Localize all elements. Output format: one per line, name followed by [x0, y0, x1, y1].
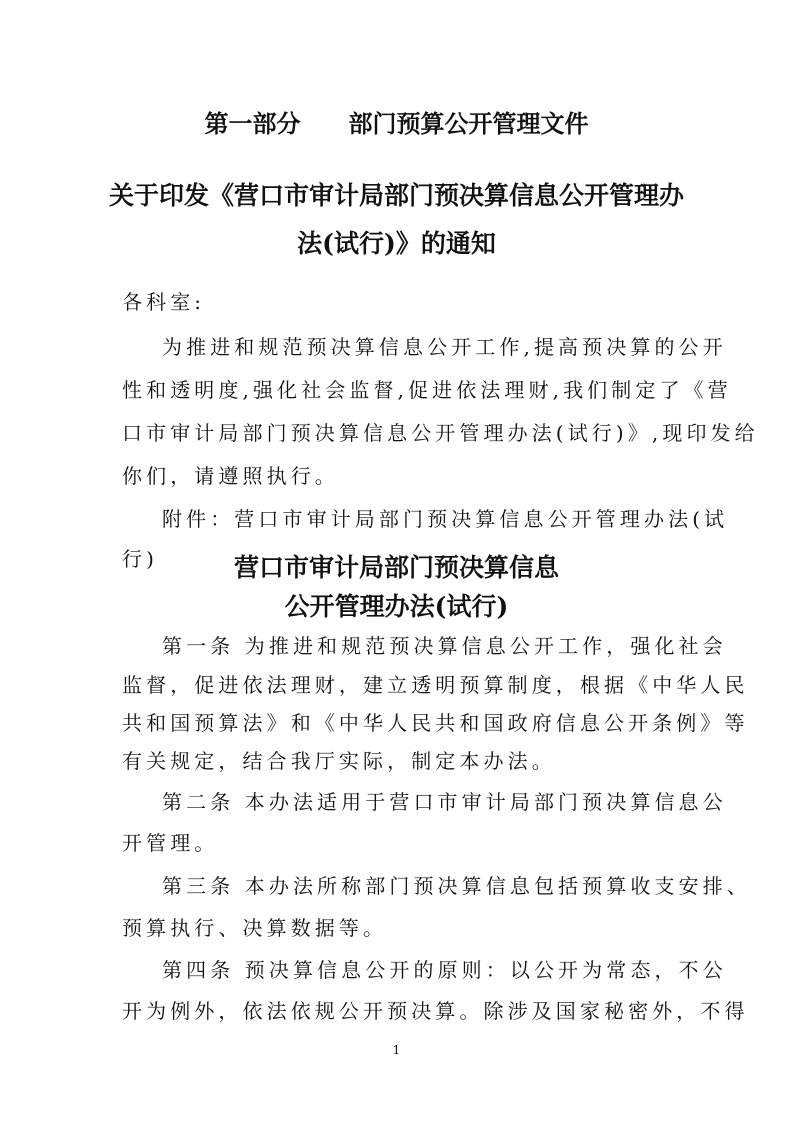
salutation: 各科室: [122, 286, 205, 315]
article-line: 第四条 预决算信息公开的原则：以公开为常态，不公 [162, 954, 727, 983]
article-line: 预算执行、决算数据等。 [122, 912, 387, 941]
part-heading: 第一部分 部门预算公开管理文件 [0, 104, 793, 139]
article-line: 开管理。 [122, 827, 218, 856]
article-line: 共和国预算法》和《中华人民共和国政府信息公开条例》等 [122, 707, 749, 736]
notice-title-line: 法(试行)》的通知 [0, 224, 793, 260]
notice-title-line: 关于印发《营口市审计局部门预决算信息公开管理办 [0, 176, 793, 212]
attachment-line: 附件：营口市审计局部门预决算信息公开管理办法(试 [162, 503, 728, 532]
page-number: 1 [0, 1043, 793, 1057]
article-line: 第二条 本办法适用于营口市审计局部门预决算信息公 [162, 786, 727, 815]
paragraph-line: 口市审计局部门预决算信息公开管理办法(试行)》,现印发给 [122, 417, 759, 446]
measures-title-line: 公开管理办法(试行) [0, 587, 793, 623]
article-line: 开为例外，依法依规公开预决算。除涉及国家秘密外，不得 [122, 995, 749, 1024]
article-line: 有关规定，结合我厅实际，制定本办法。 [122, 745, 556, 774]
measures-title-line: 营口市审计局部门预决算信息 [0, 548, 793, 584]
article-line: 第一条 为推进和规范预决算信息公开工作，强化社会 [162, 630, 727, 659]
paragraph-line: 性和透明度,强化社会监督,促进依法理财,我们制定了《营 [122, 374, 732, 403]
article-line: 监督，促进依法理财，建立透明预算制度，根据《中华人民 [122, 669, 749, 698]
paragraph-line: 你们，请遵照执行。 [122, 460, 339, 489]
paragraph-line: 为推进和规范预决算信息公开工作,提高预决算的公开 [162, 331, 727, 360]
article-line: 第三条 本办法所称部门预决算信息包括预算收支安排、 [162, 870, 751, 899]
